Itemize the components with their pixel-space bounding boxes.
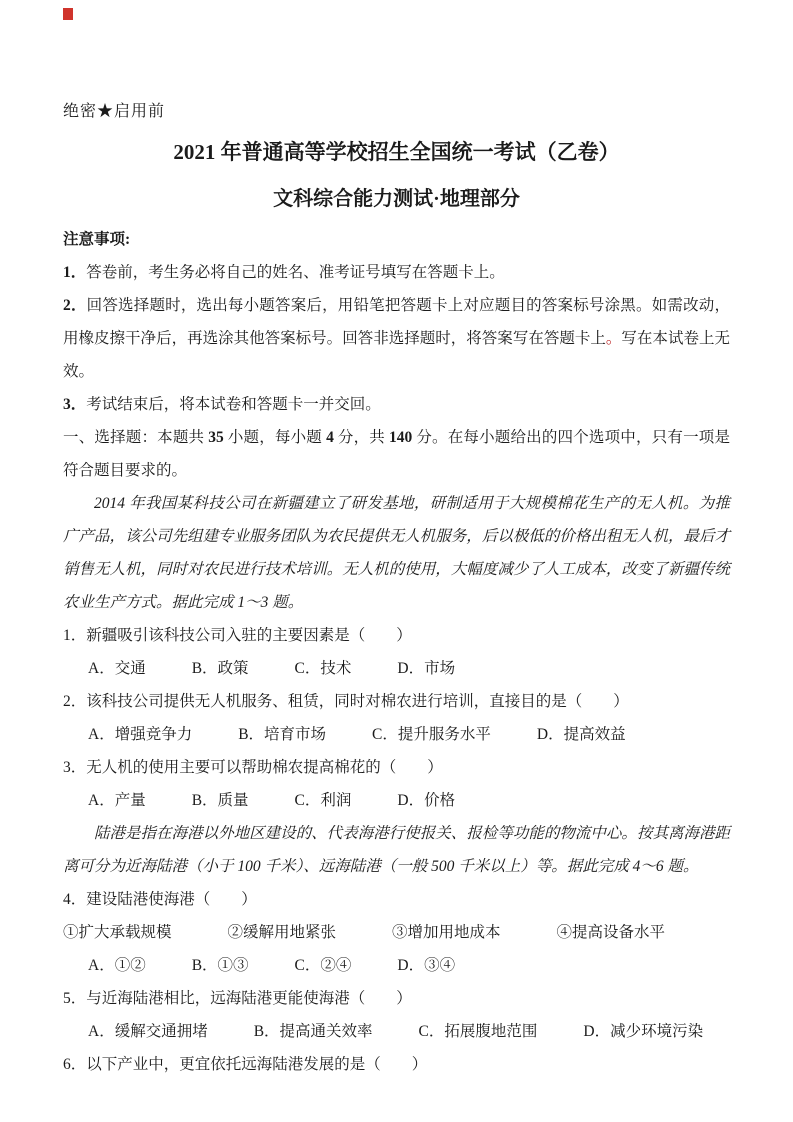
option-b: B．①③	[192, 949, 249, 982]
option-a: A．①②	[88, 949, 146, 982]
section-heading-text: 小题，每小题	[224, 429, 326, 446]
option-c: C．提升服务水平	[372, 718, 491, 751]
question-4-sub-options: ①扩大承载规模②缓解用地紧张③增加用地成本④提高设备水平	[63, 916, 730, 949]
notice-item-1: 1．答卷前，考生务必将自己的姓名、准考证号填写在答题卡上。	[63, 256, 730, 289]
notice-item-2: 2．回答选择题时，选出每小题答案后，用铅笔把答题卡上对应题目的答案标号涂黑。如需…	[63, 289, 730, 388]
sub-option-3: ③增加用地成本	[392, 916, 501, 949]
exam-paper-page: 绝密★启用前 2021 年普通高等学校招生全国统一考试（乙卷） 文科综合能力测试…	[0, 0, 793, 1122]
total-points: 140	[389, 429, 412, 446]
sub-option-1: ①扩大承载规模	[63, 916, 172, 949]
notice-heading: 注意事项:	[63, 223, 730, 256]
option-a: A．交通	[88, 652, 146, 685]
option-c: C．利润	[295, 784, 352, 817]
option-d: D．提高效益	[537, 718, 626, 751]
notice-item-3-number: 3．	[63, 396, 86, 413]
question-count: 35	[208, 429, 224, 446]
question-3-options: A．产量B．质量C．利润D．价格	[63, 784, 730, 817]
option-c: C．拓展腹地范围	[419, 1015, 538, 1048]
notice-item-2-red-period: 。	[606, 330, 622, 347]
section-one-heading: 一、选择题：本题共 35 小题，每小题 4 分，共 140 分。在每小题给出的四…	[63, 421, 730, 487]
option-b: B．培育市场	[238, 718, 326, 751]
question-2-options: A．增强竞争力B．培育市场C．提升服务水平D．提高效益	[63, 718, 730, 751]
option-d: D．③④	[397, 949, 455, 982]
option-c: C．②④	[295, 949, 352, 982]
question-3-stem: 3．无人机的使用主要可以帮助棉农提高棉花的（ ）	[63, 751, 730, 784]
option-b: B．政策	[192, 652, 249, 685]
passage-dry-port: 陆港是指在海港以外地区建设的、代表海港行使报关、报检等功能的物流中心。按其离海港…	[63, 817, 730, 883]
passage-drone-xinjiang: 2014 年我国某科技公司在新疆建立了研发基地，研制适用于大规模棉花生产的无人机…	[63, 487, 730, 619]
question-1-stem: 1．新疆吸引该科技公司入驻的主要因素是（ ）	[63, 619, 730, 652]
option-a: A．缓解交通拥堵	[88, 1015, 208, 1048]
option-c: C．技术	[295, 652, 352, 685]
red-stamp-mark	[63, 8, 73, 20]
notice-item-3: 3．考试结束后，将本试卷和答题卡一并交回。	[63, 388, 730, 421]
option-d: D．价格	[397, 784, 455, 817]
security-classification-label: 绝密★启用前	[63, 100, 730, 124]
question-4-stem: 4．建设陆港使海港（ ）	[63, 883, 730, 916]
option-d: D．减少环境污染	[583, 1015, 703, 1048]
question-2-stem: 2．该科技公司提供无人机服务、租赁，同时对棉农进行培训，直接目的是（ ）	[63, 685, 730, 718]
points-per-question: 4	[326, 429, 334, 446]
option-b: B．质量	[192, 784, 249, 817]
notice-item-2-number: 2．	[63, 297, 87, 314]
section-heading-text: 一、选择题：本题共	[63, 429, 208, 446]
exam-title: 2021 年普通高等学校招生全国统一考试（乙卷）	[63, 137, 730, 167]
option-a: A．产量	[88, 784, 146, 817]
notice-item-3-text: 考试结束后，将本试卷和答题卡一并交回。	[86, 396, 381, 413]
question-5-options: A．缓解交通拥堵B．提高通关效率C．拓展腹地范围D．减少环境污染	[63, 1015, 730, 1048]
sub-option-4: ④提高设备水平	[557, 916, 666, 949]
option-a: A．增强竞争力	[88, 718, 192, 751]
sub-option-2: ②缓解用地紧张	[228, 916, 337, 949]
option-d: D．市场	[397, 652, 455, 685]
option-b: B．提高通关效率	[254, 1015, 373, 1048]
question-6-stem: 6．以下产业中，更宜依托远海陆港发展的是（ ）	[63, 1048, 730, 1081]
question-5-stem: 5．与近海陆港相比，远海陆港更能使海港（ ）	[63, 982, 730, 1015]
question-1-options: A．交通B．政策C．技术D．市场	[63, 652, 730, 685]
section-heading-text: 分，共	[334, 429, 389, 446]
question-4-options: A．①②B．①③C．②④D．③④	[63, 949, 730, 982]
notice-item-1-number: 1．	[63, 264, 86, 281]
exam-subtitle: 文科综合能力测试·地理部分	[63, 184, 730, 214]
notice-item-1-text: 答卷前，考生务必将自己的姓名、准考证号填写在答题卡上。	[86, 264, 505, 281]
